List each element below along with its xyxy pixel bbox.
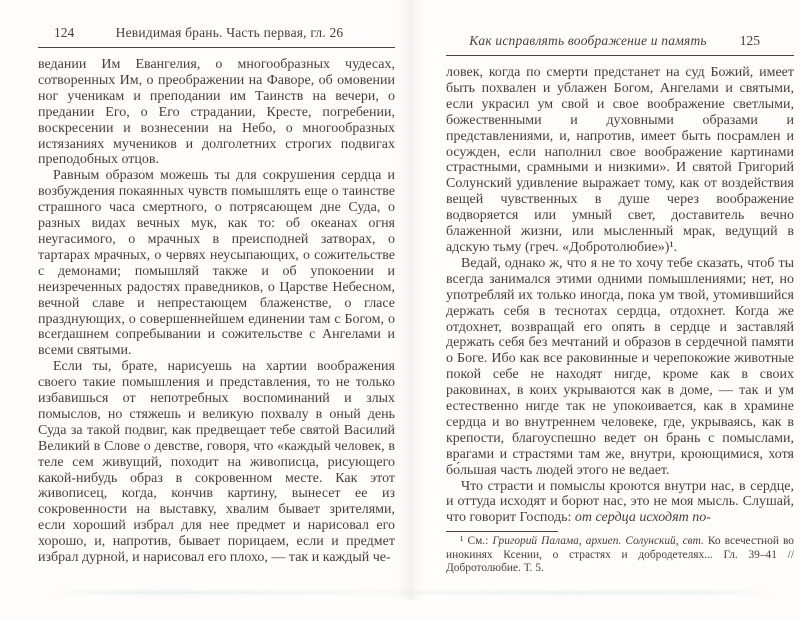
footnote: ¹ См.: Григорий Палама, архиеп. Солунски… xyxy=(446,535,794,576)
paragraph: Что страсти и помыслы кроются внутри нас… xyxy=(446,479,794,527)
left-page: 124 Невидимая брань. Часть первая, гл. 2… xyxy=(38,24,395,566)
right-header-rule xyxy=(446,55,794,56)
book-scan: 124 Невидимая брань. Часть первая, гл. 2… xyxy=(0,0,800,619)
left-running-head: Невидимая брань. Часть первая, гл. 26 xyxy=(38,24,395,41)
paragraph: ведании Им Евангелия, о многообразных чу… xyxy=(38,57,395,168)
right-page-body: ловек, когда по смерти предстанет на суд… xyxy=(446,65,794,526)
page-edge-shadow xyxy=(40,591,780,594)
right-page: Как исправлять воображение и память 125 … xyxy=(446,32,794,576)
paragraph: ловек, когда по смерти предстанет на суд… xyxy=(446,65,794,256)
footnote-area: ¹ См.: Григорий Палама, архиеп. Солунски… xyxy=(446,531,794,576)
right-page-number: 125 xyxy=(740,32,760,49)
right-running-head-row: Как исправлять воображение и память 125 xyxy=(446,32,794,51)
paragraph: Ведай, однако ж, что я не то хочу тебе с… xyxy=(446,256,794,479)
footnote-rule xyxy=(446,531,558,532)
book-gutter-shadow xyxy=(396,0,426,600)
left-header-rule xyxy=(38,47,395,48)
left-running-head-row: 124 Невидимая брань. Часть первая, гл. 2… xyxy=(38,24,395,43)
paragraph: Равным образом можешь ты для сокрушения … xyxy=(38,168,395,359)
left-page-number: 124 xyxy=(54,24,74,41)
paragraph: Если ты, брате, нарисуешь на хартии вооб… xyxy=(38,359,395,566)
left-page-body: ведании Им Евангелия, о многообразных чу… xyxy=(38,57,395,566)
